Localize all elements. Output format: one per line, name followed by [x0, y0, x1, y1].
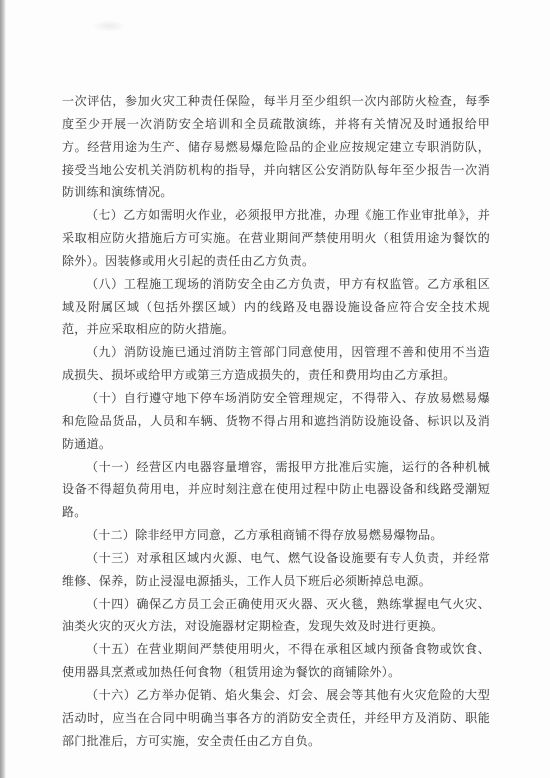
paragraph-clause-15: （十五）在营业期间严禁使用明火，不得在承租区域内预备食物或饮食、使用器具烹煮或加…: [62, 638, 490, 684]
scan-edge-shadow: [0, 0, 6, 778]
scanned-document-page: 一次评估，参加火灾工种责任保险，每半月至少组织一次内部防火检查，每季度至少开展一…: [0, 0, 550, 778]
contract-text-block: 一次评估，参加火灾工种责任保险，每半月至少组织一次内部防火检查，每季度至少开展一…: [62, 90, 490, 752]
paragraph-clause-12: （十二）除非经甲方同意，乙方承租商铺不得存放易燃易爆物品。: [62, 524, 490, 547]
paragraph-clause-14: （十四）确保乙方员工会正确使用灭火器、灭火毯，熟练掌握电气火灾、油类火灾的灭火方…: [62, 593, 490, 639]
paragraph-clause-13: （十三）对承租区域内火源、电气、燃气设备设施要有专人负责，并经常维修、保养，防止…: [62, 547, 490, 593]
paragraph-clause-9: （九）消防设施已通过消防主管部门同意使用，因管理不善和使用不当造成损失、损坏或给…: [62, 341, 490, 387]
paragraph-clause-16: （十六）乙方举办促销、焰火集会、灯会、展会等其他有火灾危险的大型活动时，应当在合…: [62, 684, 490, 753]
paragraph-clause-10: （十）自行遵守地下停车场消防安全管理规定，不得带入、存放易燃易爆和危险品货品，人…: [62, 387, 490, 456]
paragraph-continuation: 一次评估，参加火灾工种责任保险，每半月至少组织一次内部防火检查，每季度至少开展一…: [62, 90, 490, 204]
paragraph-clause-7: （七）乙方如需明火作业，必须报甲方批准，办理《施工作业审批单》，并采取相应防火措…: [62, 204, 490, 273]
paragraph-clause-11: （十一）经营区内电器容量增容，需报甲方批准后实施，运行的各种机械设备不得超负荷用…: [62, 456, 490, 525]
scan-smudge: [92, 20, 126, 32]
paragraph-clause-8: （八）工程施工现场的消防安全由乙方负责，甲方有权监管。乙方承租区域及附属区域（包…: [62, 273, 490, 342]
